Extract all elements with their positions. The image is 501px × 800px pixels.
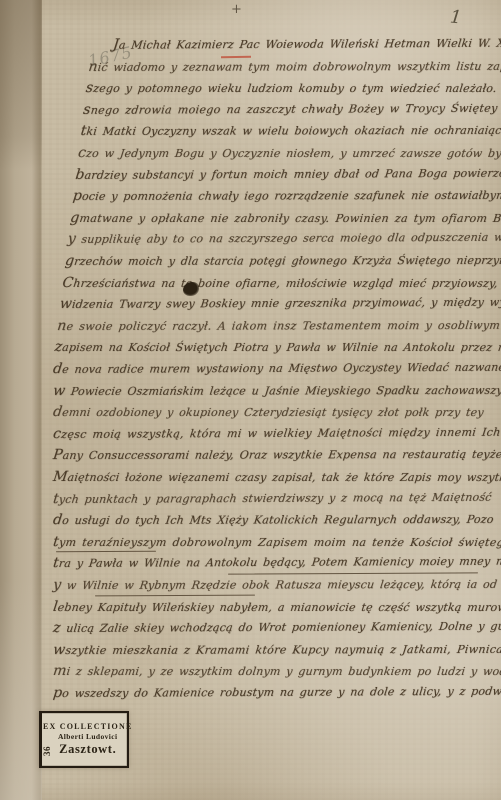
manuscript-text: Ja Michał Kazimierz Pac Woiewoda Wileńsk… (0, 0, 501, 720)
stamp-line2: Alberti Ludovici (58, 732, 118, 741)
manuscript-line: po wszedszy do Kamienice robustym na gur… (52, 682, 501, 702)
manuscript-line: de nova radice murem wystawiony na Mięst… (52, 359, 501, 378)
manuscript-line: do usługi do tych Ich Mts Xięży Katolick… (52, 511, 495, 529)
manuscript-line: lebney Kapituły Wileńskiey nabyłem, a mi… (52, 599, 501, 616)
manuscript-line: snego zdrowia moiego na zaszczyt chwały … (52, 99, 501, 119)
stamp-line3: Zasztowt. (59, 742, 116, 757)
manuscript-line: widzenia Twarzy swey Boskiey mnie grzesz… (52, 294, 501, 313)
manuscript-line: Pany Consuccessorami należy, Oraz wszytk… (52, 446, 501, 464)
manuscript-line: nić wiadomo y zeznawam tym moim dobrowol… (52, 57, 501, 75)
manuscript-line: tki Matki Oyczyzny wszak w wielu boiowyc… (52, 122, 501, 140)
manuscript-line: ne swoie policzyć raczył. A iakom insz T… (52, 317, 501, 335)
manuscript-line: bardziey substancyi y fortun moich mniey… (52, 164, 501, 184)
manuscript-page: + 1675 1 Ja Michał Kazimierz Pac Woiewod… (0, 0, 501, 800)
manuscript-line: Chrześciaństwa na te boine ofiarne, miło… (52, 275, 501, 292)
manuscript-line: Ja Michał Kazimierz Pac Woiewoda Wileńsk… (52, 34, 501, 54)
manuscript-line: w Powiecie Oszmiańskim leżące u Jaśnie M… (52, 381, 501, 399)
manuscript-line: tra y Pawła w Wilnie na Antokolu będący,… (52, 553, 501, 572)
manuscript-line: grzechów moich y dla starcia potęgi głow… (52, 252, 501, 270)
manuscript-line: tych punktach y paragraphach stwierdziws… (52, 488, 493, 507)
manuscript-line: czo w Jedynym Bogu y Oyczyznie niosłem, … (52, 145, 501, 162)
manuscript-line: y w Wilnie w Rybnym Rzędzie obok Ratusza… (52, 576, 501, 594)
stamp-line1: EX COLLECTIONE (43, 722, 132, 731)
manuscript-line: pocie y pomnożenia chwały iego rozrządze… (52, 187, 501, 205)
manuscript-line: tym teraźnieyszym dobrowolnym Zapisem mo… (52, 534, 501, 551)
manuscript-line: szego y potomnego wieku ludziom komuby o… (52, 80, 501, 97)
manuscript-line: z ulicą Zalie skiey wchodzącą do Wrot po… (52, 618, 501, 637)
manuscript-line: gmatwane y opłakane nie zabroniły czasy.… (52, 210, 501, 227)
stamp-text-cell: EX COLLECTIONE Alberti Ludovici Zasztowt… (42, 713, 133, 766)
manuscript-line: Maiętności łożone więzanemi czasy zapisa… (52, 469, 501, 486)
stamp-shelf-cell: 36 (41, 713, 42, 766)
stamp-shelf-number: 36 (42, 746, 52, 756)
manuscript-line: mi z sklepami, y ze wszytkim dolnym y gu… (52, 663, 501, 680)
manuscript-line: demni ozdobioney y okupioney Czterydzies… (52, 404, 485, 421)
manuscript-line: wszytkie mieszkania z Kramami które Kupc… (52, 641, 501, 659)
manuscript-line: zapisem na Kościoł Świętych Piotra y Paw… (52, 339, 501, 356)
collection-stamp: 36 EX COLLECTIONE Alberti Ludovici Zaszt… (39, 711, 129, 768)
manuscript-line: y supplikuię aby to co na szczyrszego se… (52, 229, 501, 249)
manuscript-line: częsc moią wszystką, która mi w wielkiey… (52, 423, 501, 443)
